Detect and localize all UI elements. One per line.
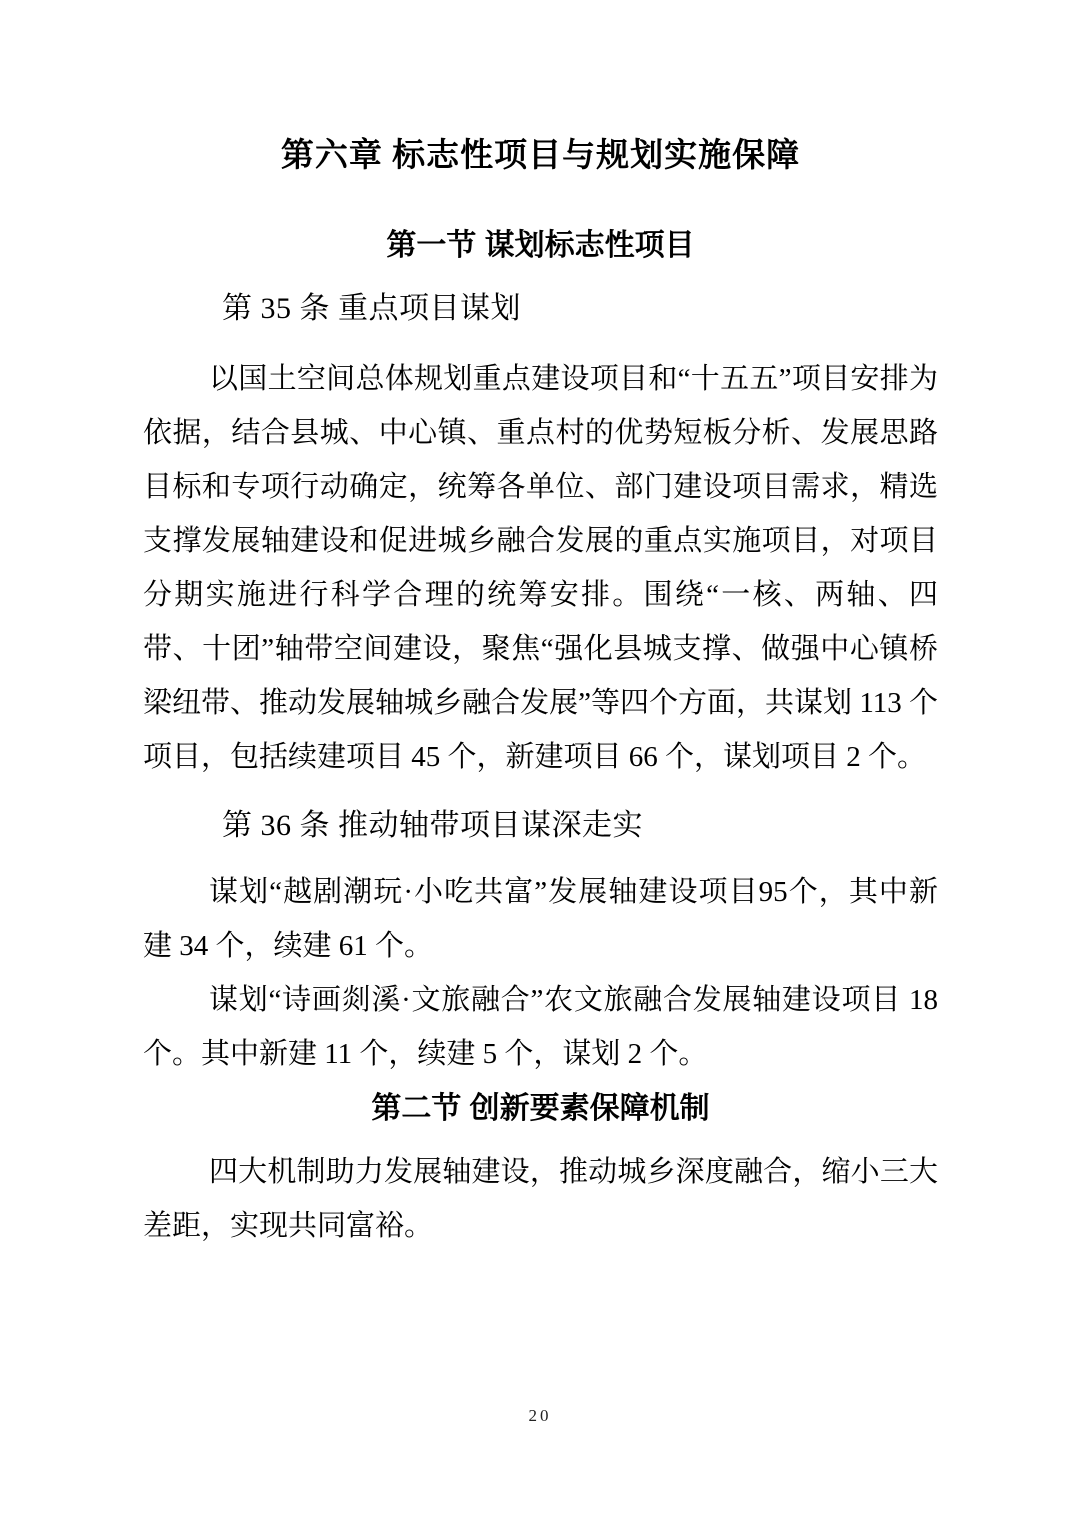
document-page: 第六章 标志性项目与规划实施保障 第一节 谋划标志性项目 第 35 条 重点项目…: [0, 0, 1080, 1527]
article-36-heading: 第 36 条 推动轴带项目谋深走实: [143, 808, 938, 844]
article-36-paragraph-1: 谋划“越剧潮玩·小吃共富”发展轴建设项目95个，其中新建 34 个，续建 61 …: [143, 865, 938, 973]
section-2-body: 四大机制助力发展轴建设，推动城乡深度融合，缩小三大差距，实现共同富裕。: [143, 1145, 938, 1253]
article-36-paragraph-2: 谋划“诗画剡溪·文旅融合”农文旅融合发展轴建设项目 18 个。其中新建 11 个…: [143, 973, 938, 1081]
chapter-title: 第六章 标志性项目与规划实施保障: [143, 136, 938, 177]
page-content: 第六章 标志性项目与规划实施保障 第一节 谋划标志性项目 第 35 条 重点项目…: [0, 136, 1080, 1253]
article-35-body: 以国土空间总体规划重点建设项目和“十五五”项目安排为依据，结合县城、中心镇、重点…: [143, 352, 938, 784]
page-number: 20: [0, 1406, 1080, 1426]
section-1-title: 第一节 谋划标志性项目: [143, 227, 938, 265]
section-2-title: 第二节 创新要素保障机制: [143, 1090, 938, 1128]
article-35-heading: 第 35 条 重点项目谋划: [143, 291, 938, 327]
